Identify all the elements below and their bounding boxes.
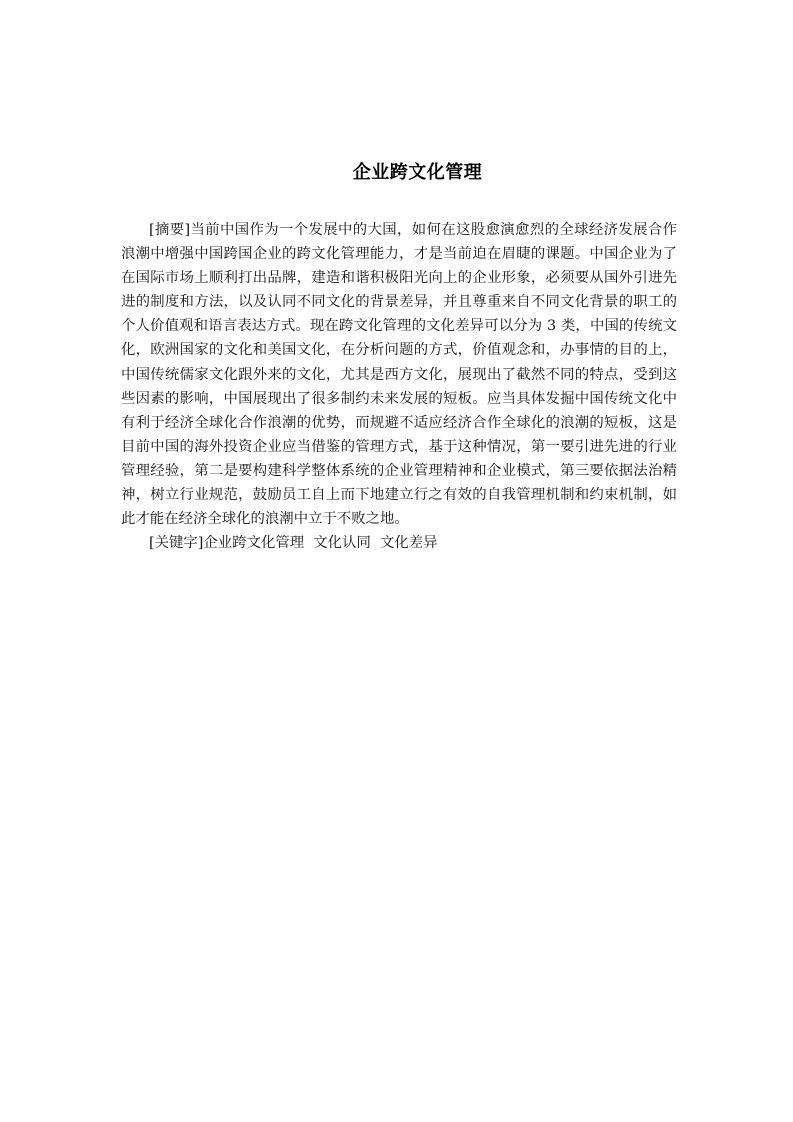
document-page: 企业跨文化管理 [摘要]当前中国作为一个发展中的大国，如何在这股愈演愈烈的全球经… <box>0 0 793 1122</box>
document-title: 企业跨文化管理 <box>0 158 793 184</box>
abstract-paragraph: [摘要]当前中国作为一个发展中的大国，如何在这股愈演愈烈的全球经济发展合作浪潮中… <box>121 218 677 531</box>
document-body: [摘要]当前中国作为一个发展中的大国，如何在这股愈演愈烈的全球经济发展合作浪潮中… <box>121 218 677 555</box>
keywords-paragraph: [关键字]企业跨文化管理 文化认同 文化差异 <box>121 531 677 555</box>
